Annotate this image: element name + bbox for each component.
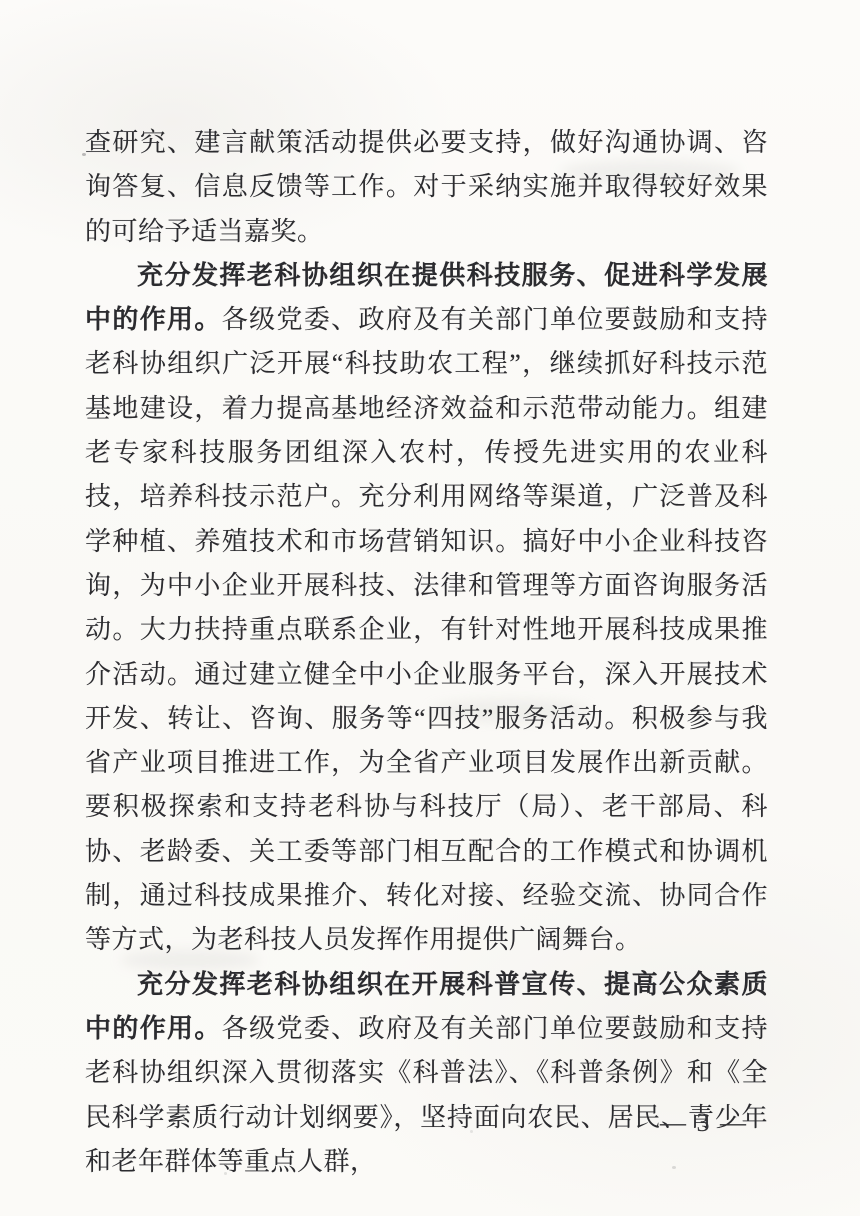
document-body: 查研究、建言献策活动提供必要支持，做好沟通协调、咨询答复、信息反馈等工作。对于采… — [85, 121, 768, 1184]
scanned-page: 查研究、建言献策活动提供必要支持，做好沟通协调、咨询答复、信息反馈等工作。对于采… — [0, 0, 860, 1216]
page-number: — 3 — — [660, 1108, 748, 1138]
paragraph-text: 查研究、建言献策活动提供必要支持，做好沟通协调、咨询答复、信息反馈等工作。对于采… — [85, 128, 768, 246]
paragraph-continuation: 查研究、建言献策活动提供必要支持，做好沟通协调、咨询答复、信息反馈等工作。对于采… — [85, 121, 768, 254]
paragraph-science-popularization: 充分发挥老科协组织在开展科普宣传、提高公众素质中的作用。各级党委、政府及有关部门… — [85, 963, 768, 1184]
paragraph-science-service: 充分发挥老科协组织在提供科技服务、促进科学发展中的作用。各级党委、政府及有关部门… — [85, 254, 768, 963]
paragraph-text: 各级党委、政府及有关部门单位要鼓励和支持老科协组织广泛开展“科技助农工程”，继续… — [85, 305, 768, 954]
